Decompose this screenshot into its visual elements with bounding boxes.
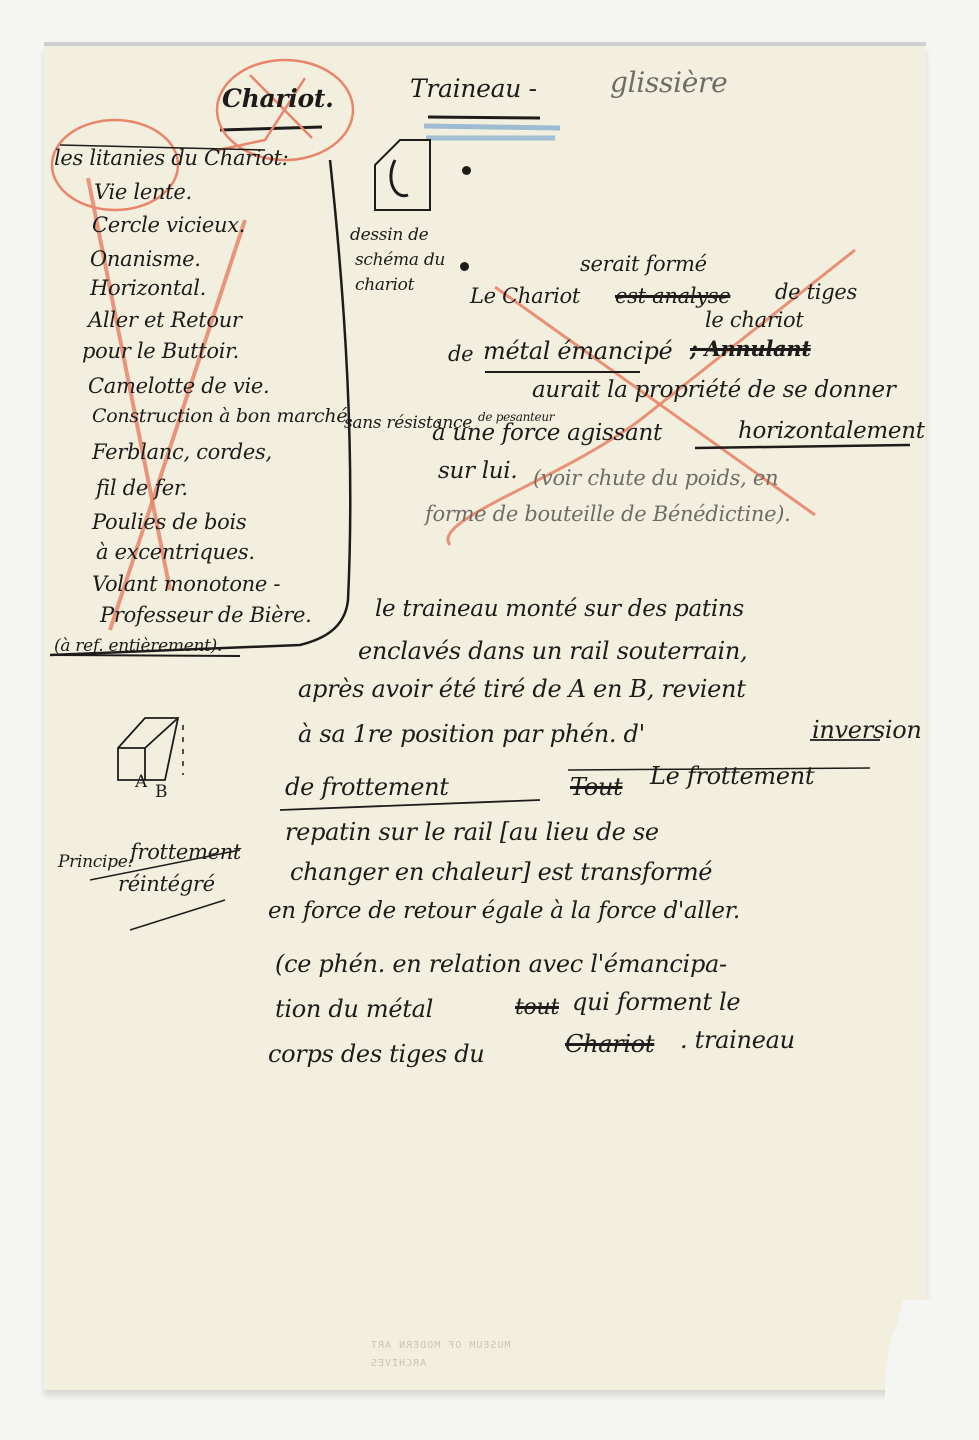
chariot-pencil-note-1: (voir chute du poids, en bbox=[533, 466, 778, 490]
chariot-line3: aurait la propriété de se donner bbox=[532, 377, 896, 403]
chariot-line4-start: à une force agissant bbox=[432, 420, 662, 446]
title-glissiere: glissière bbox=[610, 66, 727, 99]
traineau-line: (ce phén. en relation avec l'émancipa- bbox=[275, 950, 727, 978]
traineau-inversion: inversion bbox=[812, 716, 922, 744]
traineau-line: corps des tiges du bbox=[268, 1040, 484, 1068]
traineau-line: à sa 1re position par phén. d' bbox=[298, 720, 645, 748]
chariot-pencil-note-2: forme de bouteille de Bénédictine). bbox=[425, 502, 791, 526]
archive-stamp-line1: MUSEUM OF MODERN ART bbox=[370, 1340, 510, 1351]
traineau-de-frottement: de frottement bbox=[285, 773, 449, 801]
litanies-heading: les litanies du Chariot: bbox=[54, 146, 289, 170]
sketch-note-line: chariot bbox=[355, 275, 414, 295]
litany-item: Professeur de Bière. bbox=[100, 603, 312, 627]
litany-item: Volant monotone - bbox=[92, 572, 280, 596]
litany-item: Construction à bon marché. bbox=[92, 405, 353, 427]
litany-item: Vie lente. bbox=[94, 180, 192, 204]
traineau-struck-tout-2: tout bbox=[515, 995, 559, 1020]
chariot-horizontalement: horizontalement bbox=[738, 418, 925, 444]
traineau-line: après avoir été tiré de A en B, revient bbox=[298, 675, 746, 703]
chariot-line2-start: de bbox=[448, 342, 473, 366]
bullet-dot bbox=[460, 262, 469, 271]
litany-item: Onanisme. bbox=[90, 247, 201, 271]
sketch-note-line: dessin de bbox=[350, 225, 428, 245]
traineau-struck-chariot: Chariot bbox=[565, 1030, 654, 1058]
traineau-line: repatin sur le rail [au lieu de se bbox=[285, 818, 659, 846]
litany-item: Poulies de bois bbox=[92, 510, 246, 534]
chariot-line1-struck: est analyse bbox=[615, 284, 730, 308]
chariot-line2-struck: ; Annulant bbox=[690, 336, 811, 361]
litany-item: Camelotte de vie. bbox=[88, 374, 269, 398]
insert-le-chariot: le chariot bbox=[705, 308, 803, 332]
diagram-label-b: B bbox=[155, 782, 167, 802]
principe-label: Principe: bbox=[58, 852, 133, 872]
traineau-le-frottement: Le frottement bbox=[650, 762, 814, 790]
traineau-qui-forment-le: qui forment le bbox=[572, 988, 740, 1016]
traineau-line: tion du métal bbox=[275, 995, 433, 1023]
litany-item: Cercle vicieux. bbox=[92, 213, 245, 237]
sketch-note-line: schéma du bbox=[355, 250, 445, 270]
chariot-line1-start: Le Chariot bbox=[470, 284, 580, 308]
litany-item: à excentriques. bbox=[96, 540, 255, 564]
chariot-metal-emancipe: métal émancipé bbox=[483, 337, 672, 365]
litany-item: fil de fer. bbox=[96, 476, 188, 500]
title-traineau: Traineau - bbox=[410, 74, 537, 103]
chariot-line5-start: sur lui. bbox=[438, 458, 517, 484]
traineau-line: changer en chaleur] est transformé bbox=[290, 858, 712, 886]
traineau-end: . traineau bbox=[680, 1026, 795, 1054]
bullet-dot bbox=[462, 166, 471, 175]
litany-item: Ferblanc, cordes, bbox=[92, 440, 272, 464]
principe-line2: réintégré bbox=[118, 872, 215, 896]
litany-item: Aller et Retour bbox=[88, 308, 242, 332]
title-chariot: Chariot. bbox=[222, 84, 333, 113]
traineau-line: en force de retour égale à la force d'al… bbox=[268, 898, 740, 924]
traineau-line: le traineau monté sur des patins bbox=[375, 596, 744, 622]
traineau-line: enclavés dans un rail souterrain, bbox=[358, 637, 747, 665]
insert-serait-forme: serait formé bbox=[580, 252, 707, 276]
principe-line1: frottement bbox=[130, 840, 241, 864]
diagram-label-a: A bbox=[135, 772, 147, 792]
traineau-struck-tout: Tout bbox=[570, 773, 623, 801]
archive-stamp-line2: ARCHIVES bbox=[370, 1358, 426, 1369]
litany-item: pour le Buttoir. bbox=[82, 339, 239, 363]
chariot-line1-end: de tiges bbox=[775, 280, 857, 304]
litany-item: Horizontal. bbox=[90, 276, 206, 300]
litanies-footnote: (à ref. entièrement). bbox=[54, 636, 222, 656]
